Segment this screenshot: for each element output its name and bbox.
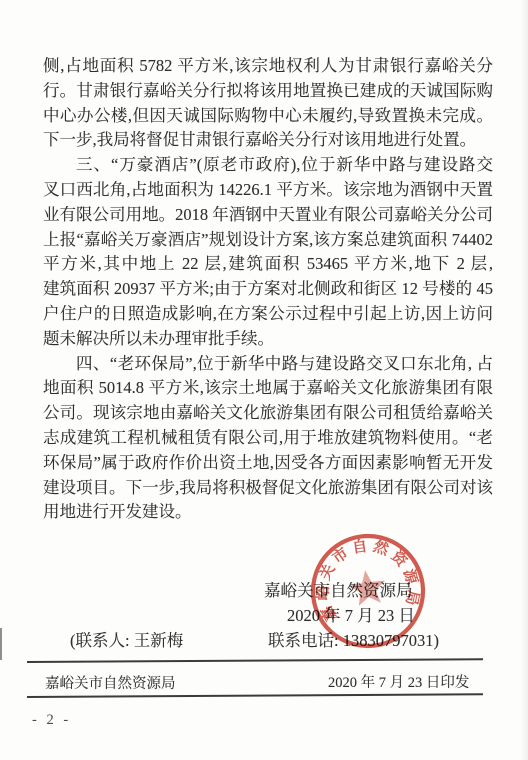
star-icon (347, 568, 388, 607)
body-line: 公司。现该宗地由嘉峪关文化旅游集团有限公司租赁给嘉峪关信 (43, 401, 493, 426)
scan-shade-right-edge (520, 0, 528, 760)
footer-rule-bottom (27, 693, 483, 698)
body-line: 三、“万豪酒店”(原老市政府),位于新华中路与建设路交 (43, 153, 493, 178)
official-seal-stamp: 嘉峪关市自然资源局 (298, 521, 438, 661)
body-line: 行。甘肃银行嘉峪关分行拟将该用地置换已建成的天诚国际购物 (43, 79, 493, 104)
body-line: 四、“老环保局”,位于新华中路与建设路交叉口东北角, 占 (43, 352, 493, 377)
contact-person: (联系人: 王新梅 (70, 627, 183, 651)
body-line: 中心办公楼,但因天诚国际购物中心未履约,导致置换未完成。 (43, 104, 493, 129)
body-line: 侧,占地面积 5782 平方米,该宗地权利人为甘肃银行嘉峪关分 (43, 54, 493, 79)
body-line: 环保局”属于政府作价出资土地,因受各方面因素影响暂无开发 (43, 451, 493, 476)
body-line: 建设项目。下一步,我局将积极督促文化旅游集团有限公司对该 (43, 476, 493, 501)
body-line: 叉口西北角,占地面积为 14226.1 平方米。该宗地为酒钢中天置 (43, 178, 493, 203)
footer-print-date: 2020 年 7 月 23 日印发 (328, 671, 469, 692)
scan-artifact-left-edge (0, 628, 2, 660)
body-line: 平方米,其中地上 22 层,建筑面积 53465 平方米,地下 2 层, (43, 252, 493, 277)
body-line: 题未解决所以未办理审批手续。 (43, 327, 493, 352)
page-number: - 2 - (32, 712, 71, 729)
body-line: 建筑面积 20937 平方米;由于方案对北侧政和街区 12 号楼的 45 (43, 277, 493, 302)
body-line: 上报“嘉峪关万豪酒店”规划设计方案,该方案总建筑面积 74402 (43, 228, 493, 253)
body-text: 侧,占地面积 5782 平方米,该宗地权利人为甘肃银行嘉峪关分行。甘肃银行嘉峪关… (43, 54, 493, 525)
body-line: 用地进行开发建设。 (43, 500, 493, 525)
body-line: 志成建筑工程机械租赁有限公司,用于堆放建筑物料使用。“老 (43, 426, 493, 451)
footer-issuer: 嘉峪关市自然资源局 (45, 672, 176, 693)
body-line: 下一步,我局将督促甘肃银行嘉峪关分行对该用地进行处置。 (43, 128, 493, 153)
footer-rule-top (27, 658, 483, 663)
body-line: 业有限公司用地。2018 年酒钢中天置业有限公司嘉峪关分公司 (43, 203, 493, 228)
body-line: 地面积 5014.8 平方米,该宗土地属于嘉峪关文化旅游集团有限 (43, 376, 493, 401)
body-line: 户住户的日照造成影响,在方案公示过程中引起上访,因上访问 (43, 302, 493, 327)
scanned-document-page: 侧,占地面积 5782 平方米,该宗地权利人为甘肃银行嘉峪关分行。甘肃银行嘉峪关… (0, 0, 528, 760)
